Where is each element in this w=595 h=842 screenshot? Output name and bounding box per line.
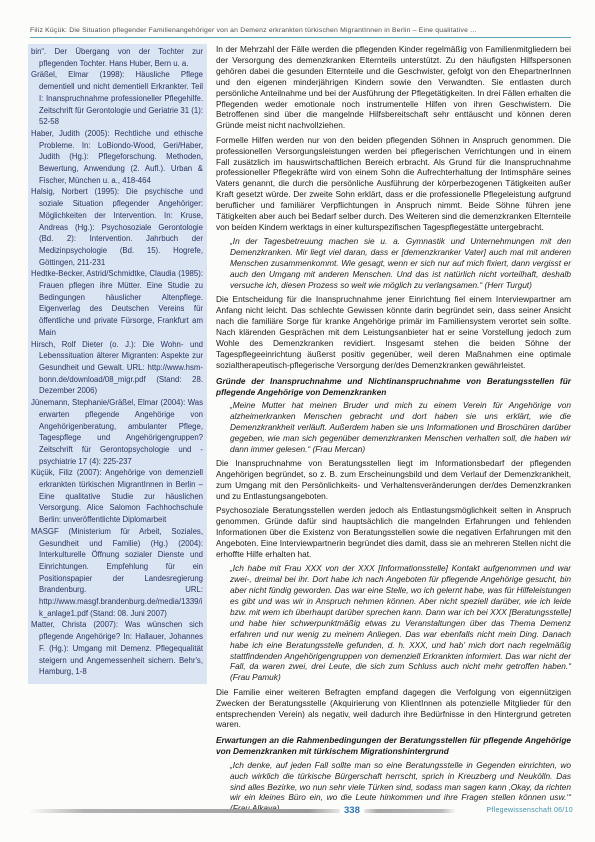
main-text-column: In der Mehrzahl der Fälle werden die pfl… [216,44,571,818]
reference-entry: Jünemann, Stephanie/Gräßel, Elmar (2004)… [31,397,203,467]
reference-entry: Gräßel, Elmar (1998): Häusliche Pflege d… [31,69,203,128]
text-block: Erwartungen an die Rahmenbedingungen der… [216,735,571,757]
text-block: Formelle Hilfen werden nur von den beide… [216,135,571,233]
text-block: In der Mehrzahl der Fälle werden die pfl… [216,44,571,131]
text-block: Psychosoziale Beratungsstellen werden je… [216,505,571,560]
text-block: „Meine Mutter hat meinen Bruder und mich… [230,400,571,455]
footer-rule-left [28,809,340,813]
references-column: bin“. Der Übergang von der Tochter zur p… [28,44,207,684]
reference-entry: MASGF (Ministerium für Arbeit, Soziales,… [31,526,203,620]
reference-entry: Matter, Christa (2007): Was wünschen sic… [31,619,203,678]
footer-rule-right [364,809,456,813]
journal-name: Pflegewissenschaft 06/10 [456,807,573,814]
page-content: bin“. Der Übergang von der Tochter zur p… [28,44,571,818]
text-block: „Ich habe mit Frau XXX von der XXX [Info… [230,563,571,683]
reference-entry: bin“. Der Übergang von der Tochter zur p… [31,46,203,69]
page-number: 338 [344,805,360,816]
text-block: Die Inanspruchnahme von Beratungsstellen… [216,458,571,502]
running-header: Filiz Küçük: Die Situation pflegender Fa… [30,27,571,38]
text-block: Die Entscheidung für die Inanspruchnahme… [216,294,571,370]
text-block: „In der Tagesbetreuung machen sie u. a. … [230,236,571,291]
reference-entry: Haber, Judith (2005): Rechtliche und eth… [31,128,203,187]
reference-entry: Hirsch, Rolf Dieter (o. J.): Die Wohn- u… [31,339,203,398]
reference-entry: Küçük, Filiz (2007): Angehörige von deme… [31,467,203,526]
text-block: Die Familie einer weiteren Befragten emp… [216,687,571,731]
document-page: Filiz Küçük: Die Situation pflegender Fa… [0,0,595,842]
page-footer: 338 Pflegewissenschaft 06/10 [28,805,573,816]
reference-entry: Halsig, Norbert (1995): Die psychische u… [31,186,203,268]
text-block: Gründe der Inanspruchnahme und Nichtinan… [216,376,571,398]
reference-entry: Hedtke-Becker, Astrid/Schmidtke, Claudia… [31,268,203,338]
